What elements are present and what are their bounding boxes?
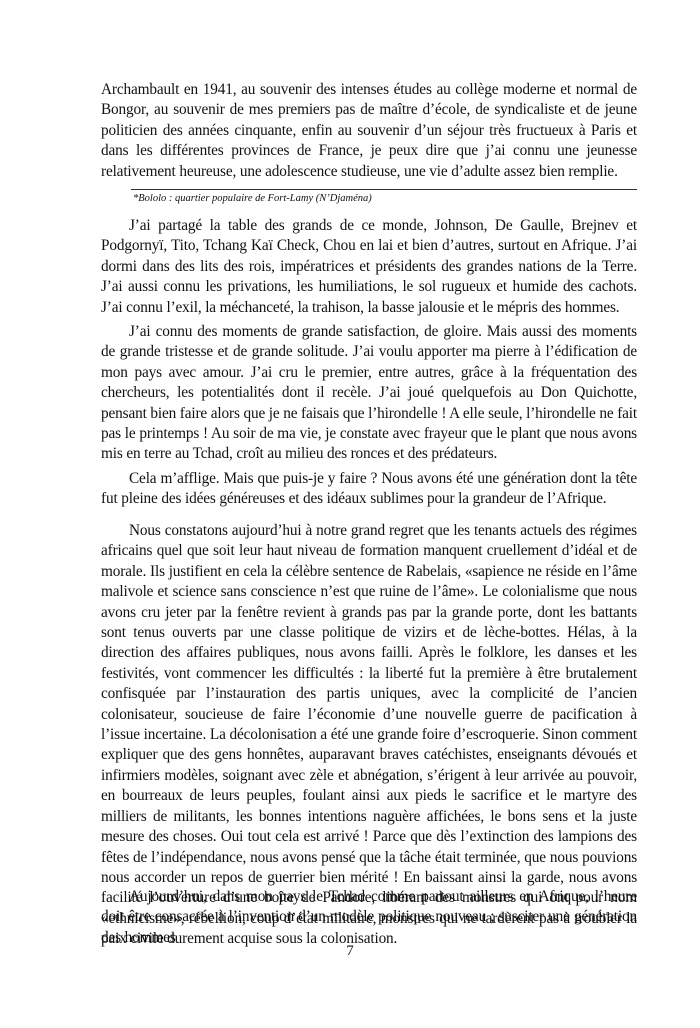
page-number: 7 [0,943,700,960]
paragraph: Cela m’afflige. Mais que puis-je y faire… [101,469,637,510]
paragraph: J’ai partagé la table des grands de ce m… [101,216,637,318]
footnote: *Bololo : quartier populaire de Fort-Lam… [133,192,372,205]
paragraph: Aujourd’hui, dans mon pays le Tchad comm… [101,887,637,948]
paragraph: J’ai connu des moments de grande satisfa… [101,322,637,465]
paragraph: Archambault en 1941, au souvenir des int… [101,80,637,182]
paragraph: Nous constatons aujourd’hui à notre gran… [101,521,637,950]
footnote-separator [131,189,637,190]
